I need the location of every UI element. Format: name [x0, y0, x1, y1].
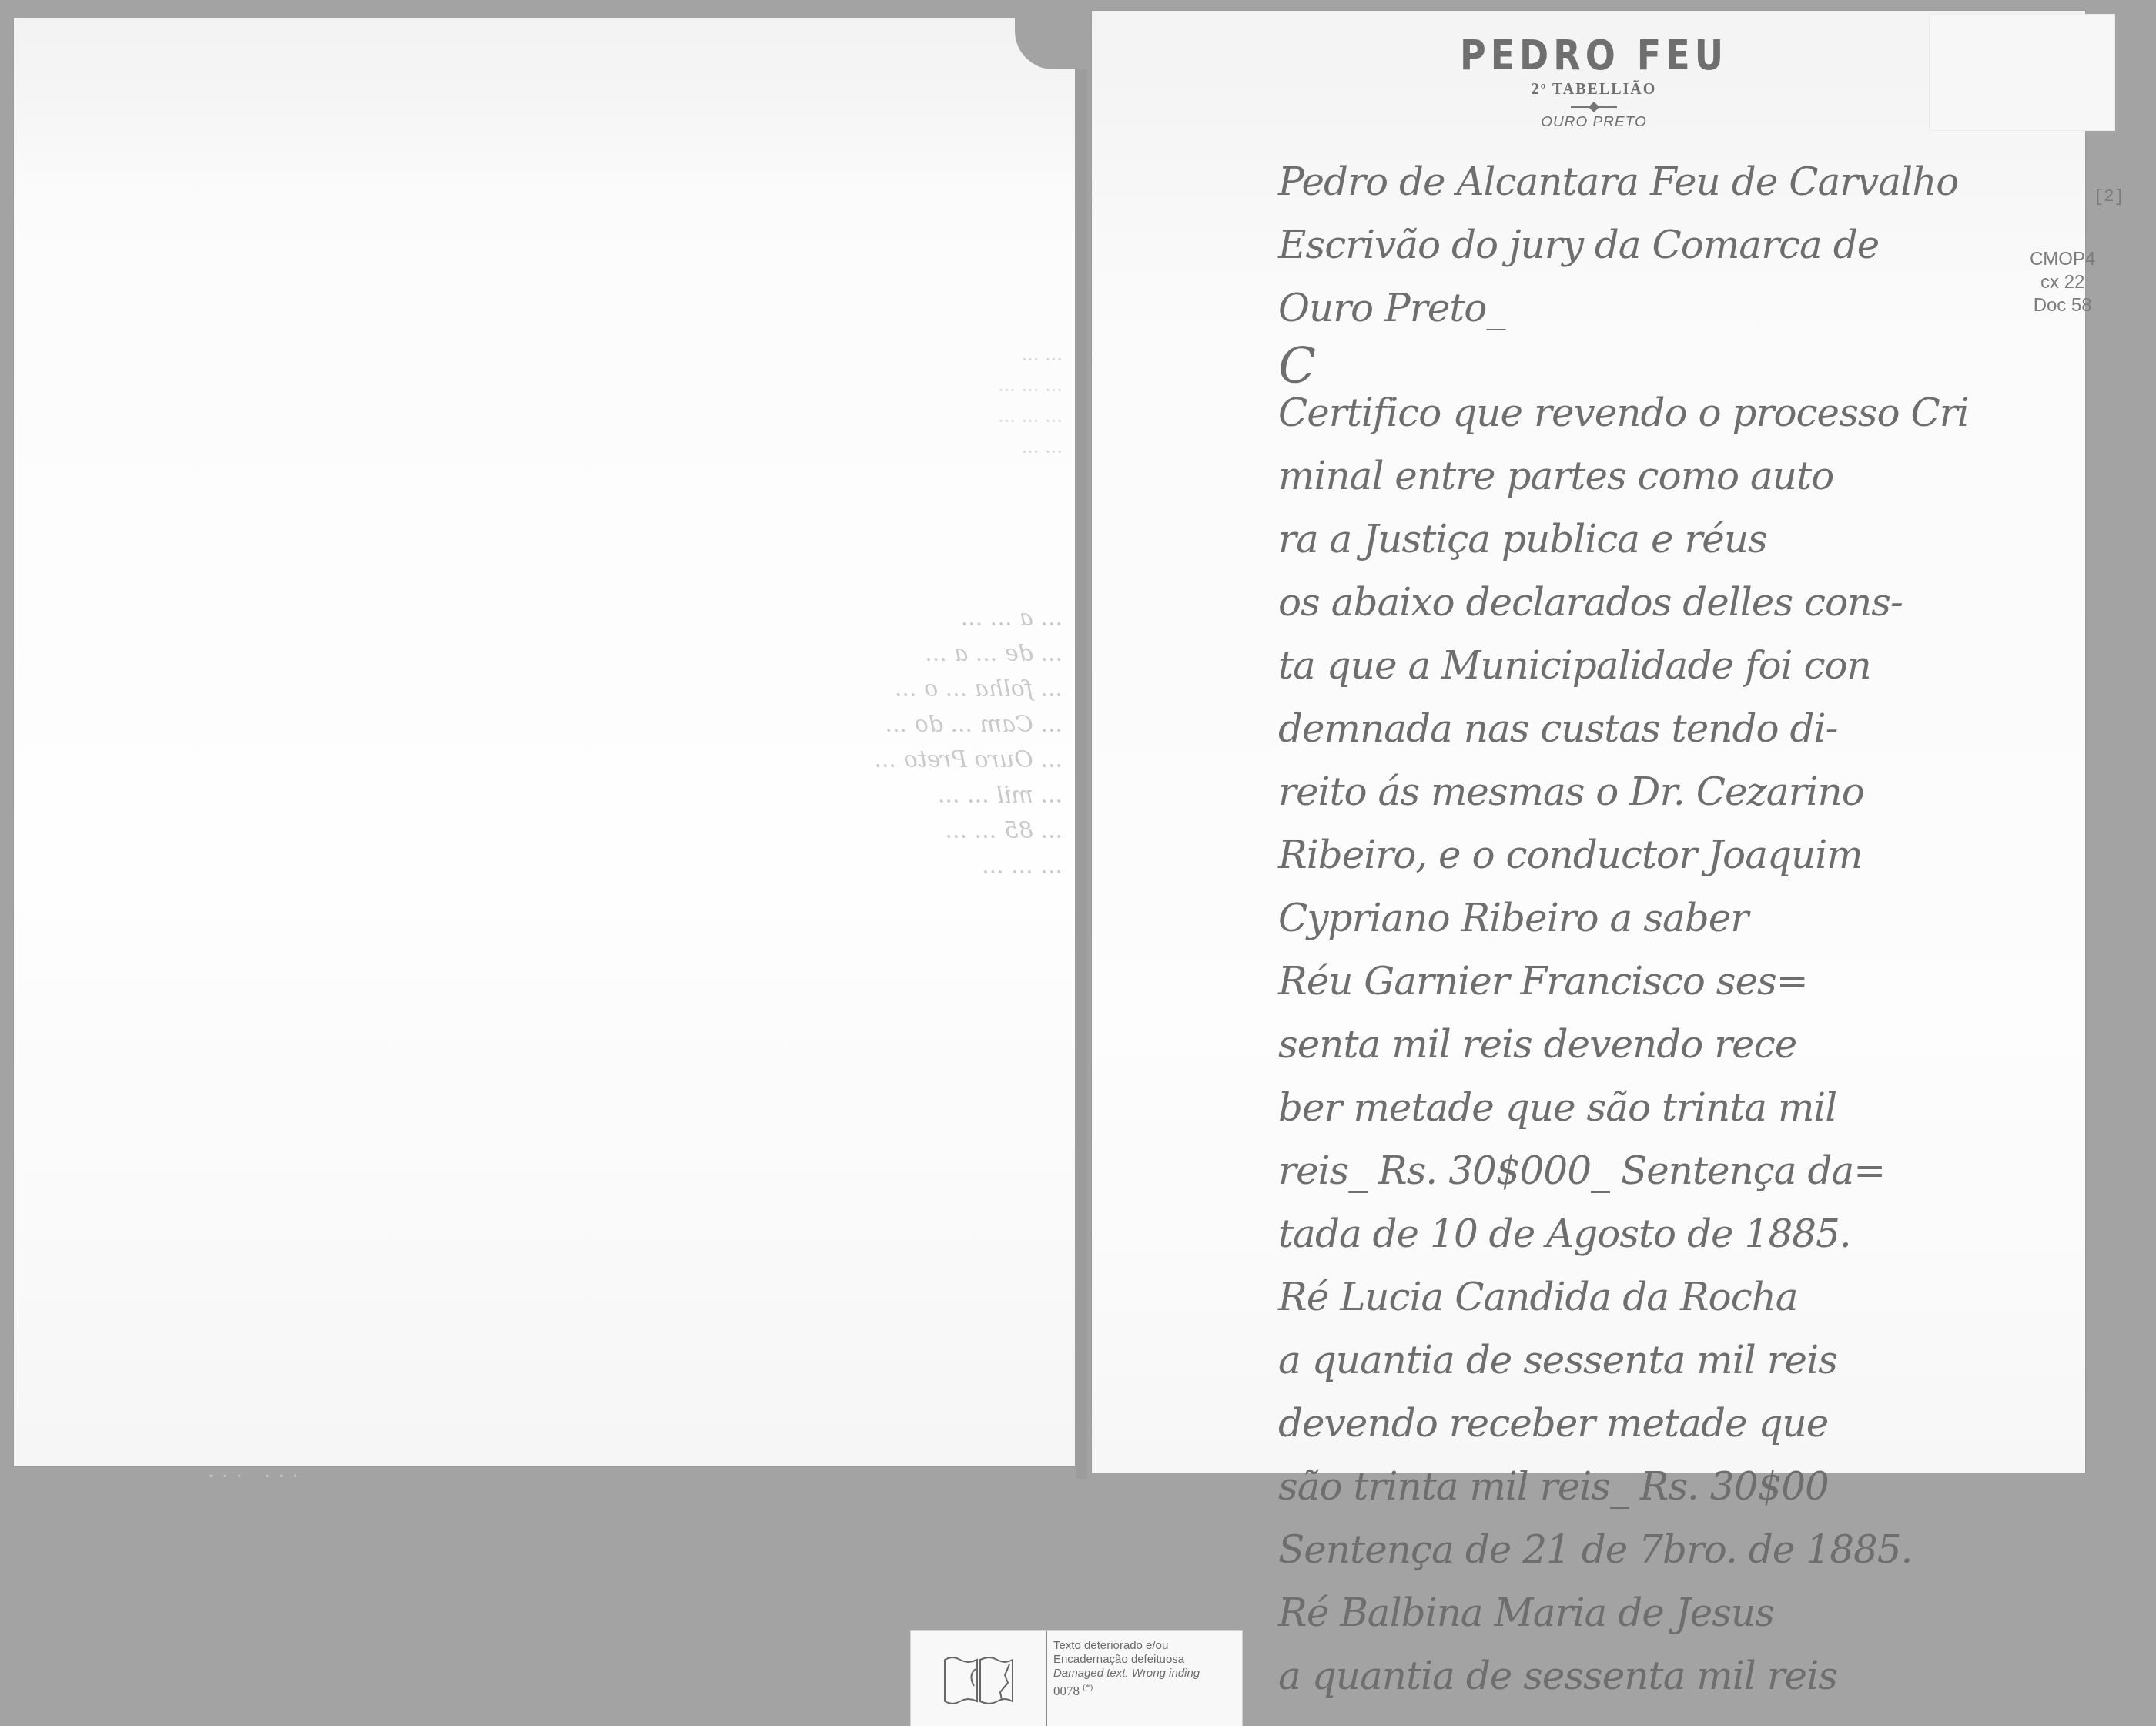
bleed-line: ... ... ... [739, 849, 1063, 884]
notice-line-pt-2: Encadernação defeituosa [1053, 1653, 1236, 1667]
notice-code: 0078 (*) [1053, 1681, 1236, 1698]
paper-patch [1929, 14, 2115, 131]
bleed-line: ... ... [847, 431, 1063, 462]
bleed-line: ... folha ... o ... [739, 672, 1063, 707]
catalog-reference: CMOP4 cx 22 Doc 58 [2030, 248, 2095, 317]
manuscript-body: Certifico que revendo o processo Cri min… [1278, 381, 2071, 1708]
body-line: Sentença de 21 de 7bro. de 1885. [1278, 1518, 2071, 1581]
bleed-through-top: ... ... ... ... ... ... ... ... ... ... [847, 339, 1063, 462]
body-line: Ré Balbina Maria de Jesus [1278, 1581, 2071, 1644]
body-line: a quantia de sessenta mil reis [1278, 1329, 2071, 1392]
body-line: os abaixo declarados delles cons- [1278, 571, 2071, 634]
notice-line-en: Damaged text. Wrong inding [1053, 1667, 1236, 1681]
header-line: Escrivão do jury da Comarca de [1278, 213, 2071, 276]
catalog-doc: Doc 58 [2030, 294, 2095, 317]
body-line: ra a Justiça publica e réus [1278, 508, 2071, 571]
bleed-line: ... ... ... [847, 370, 1063, 400]
letterhead-name: PEDRO FEU [1432, 32, 1756, 79]
body-line: são trinta mil reis_ Rs. 30$00 [1278, 1455, 2071, 1518]
letterhead-office: 2º TABELLIÃO [1432, 81, 1756, 99]
bleed-line: ... mil ... ... [739, 778, 1063, 813]
body-line: Cypriano Ribeiro a saber [1278, 886, 2071, 950]
manuscript-header: Pedro de Alcantara Feu de Carvalho Escri… [1278, 150, 2071, 340]
notice-text: Texto deteriorado e/ou Encadernação defe… [1047, 1631, 1242, 1726]
body-line: tada de 10 de Agosto de 1885. [1278, 1202, 2071, 1265]
notice-code-number: 0078 [1053, 1684, 1080, 1698]
letterhead-city: OURO PRETO [1432, 114, 1756, 131]
body-line: Certifico que revendo o processo Cri [1278, 381, 2071, 444]
bleed-through-text: ... a ... ... ... de ... a ... ... folha… [739, 601, 1063, 932]
body-line: minal entre partes como auto [1278, 444, 2071, 508]
header-line: Pedro de Alcantara Feu de Carvalho [1278, 150, 2071, 213]
bleed-line: ... Ouro Preto ... [739, 742, 1063, 778]
foliation-number: [2] [2094, 187, 2124, 206]
body-line: Réu Garnier Francisco ses= [1278, 950, 2071, 1013]
header-line: Ouro Preto_ [1278, 276, 2071, 340]
manuscript-text: Pedro de Alcantara Feu de Carvalho Escri… [1278, 150, 2071, 1708]
notice-code-mark: (*) [1083, 1683, 1093, 1692]
body-line: a quantia de sessenta mil reis [1278, 1644, 2071, 1708]
body-line: demnada nas custas tendo di- [1278, 697, 2071, 760]
body-line: ber metade que são trinta mil [1278, 1076, 2071, 1139]
salutation-mark: C [1278, 340, 2071, 381]
torn-book-icon [911, 1631, 1047, 1726]
notice-line-pt-1: Texto deteriorado e/ou [1053, 1639, 1236, 1653]
binding-gutter [1076, 0, 1087, 1479]
bleed-line: ... 85 ... ... [739, 813, 1063, 849]
bleed-line: ... a ... ... [739, 601, 1063, 636]
damage-notice-label: Texto deteriorado e/ou Encadernação defe… [910, 1630, 1243, 1726]
body-line: Ré Lucia Candida da Rocha [1278, 1265, 2071, 1329]
body-line: devendo receber metade que [1278, 1392, 2071, 1455]
body-line: Ribeiro, e o conductor Joaquim [1278, 823, 2071, 886]
diamond-ornament-icon [1571, 103, 1617, 111]
body-line: ta que a Municipalidade foi con [1278, 634, 2071, 697]
bleed-line: ... ... ... [847, 400, 1063, 431]
catalog-box: cx 22 [2030, 271, 2095, 294]
bleed-line: ... ... [847, 339, 1063, 370]
bleed-through-bottom: ... ... [200, 1460, 299, 1483]
bleed-line: ... Cam ... do ... [739, 707, 1063, 742]
catalog-fund: CMOP4 [2030, 248, 2095, 271]
body-line: senta mil reis devendo rece [1278, 1013, 2071, 1076]
body-line: reito ás mesmas o Dr. Cezarino [1278, 760, 2071, 823]
body-line: reis_ Rs. 30$000_ Sentença da= [1278, 1139, 2071, 1202]
bleed-line: ... de ... a ... [739, 636, 1063, 672]
letterhead: PEDRO FEU 2º TABELLIÃO OURO PRETO [1432, 35, 1756, 131]
